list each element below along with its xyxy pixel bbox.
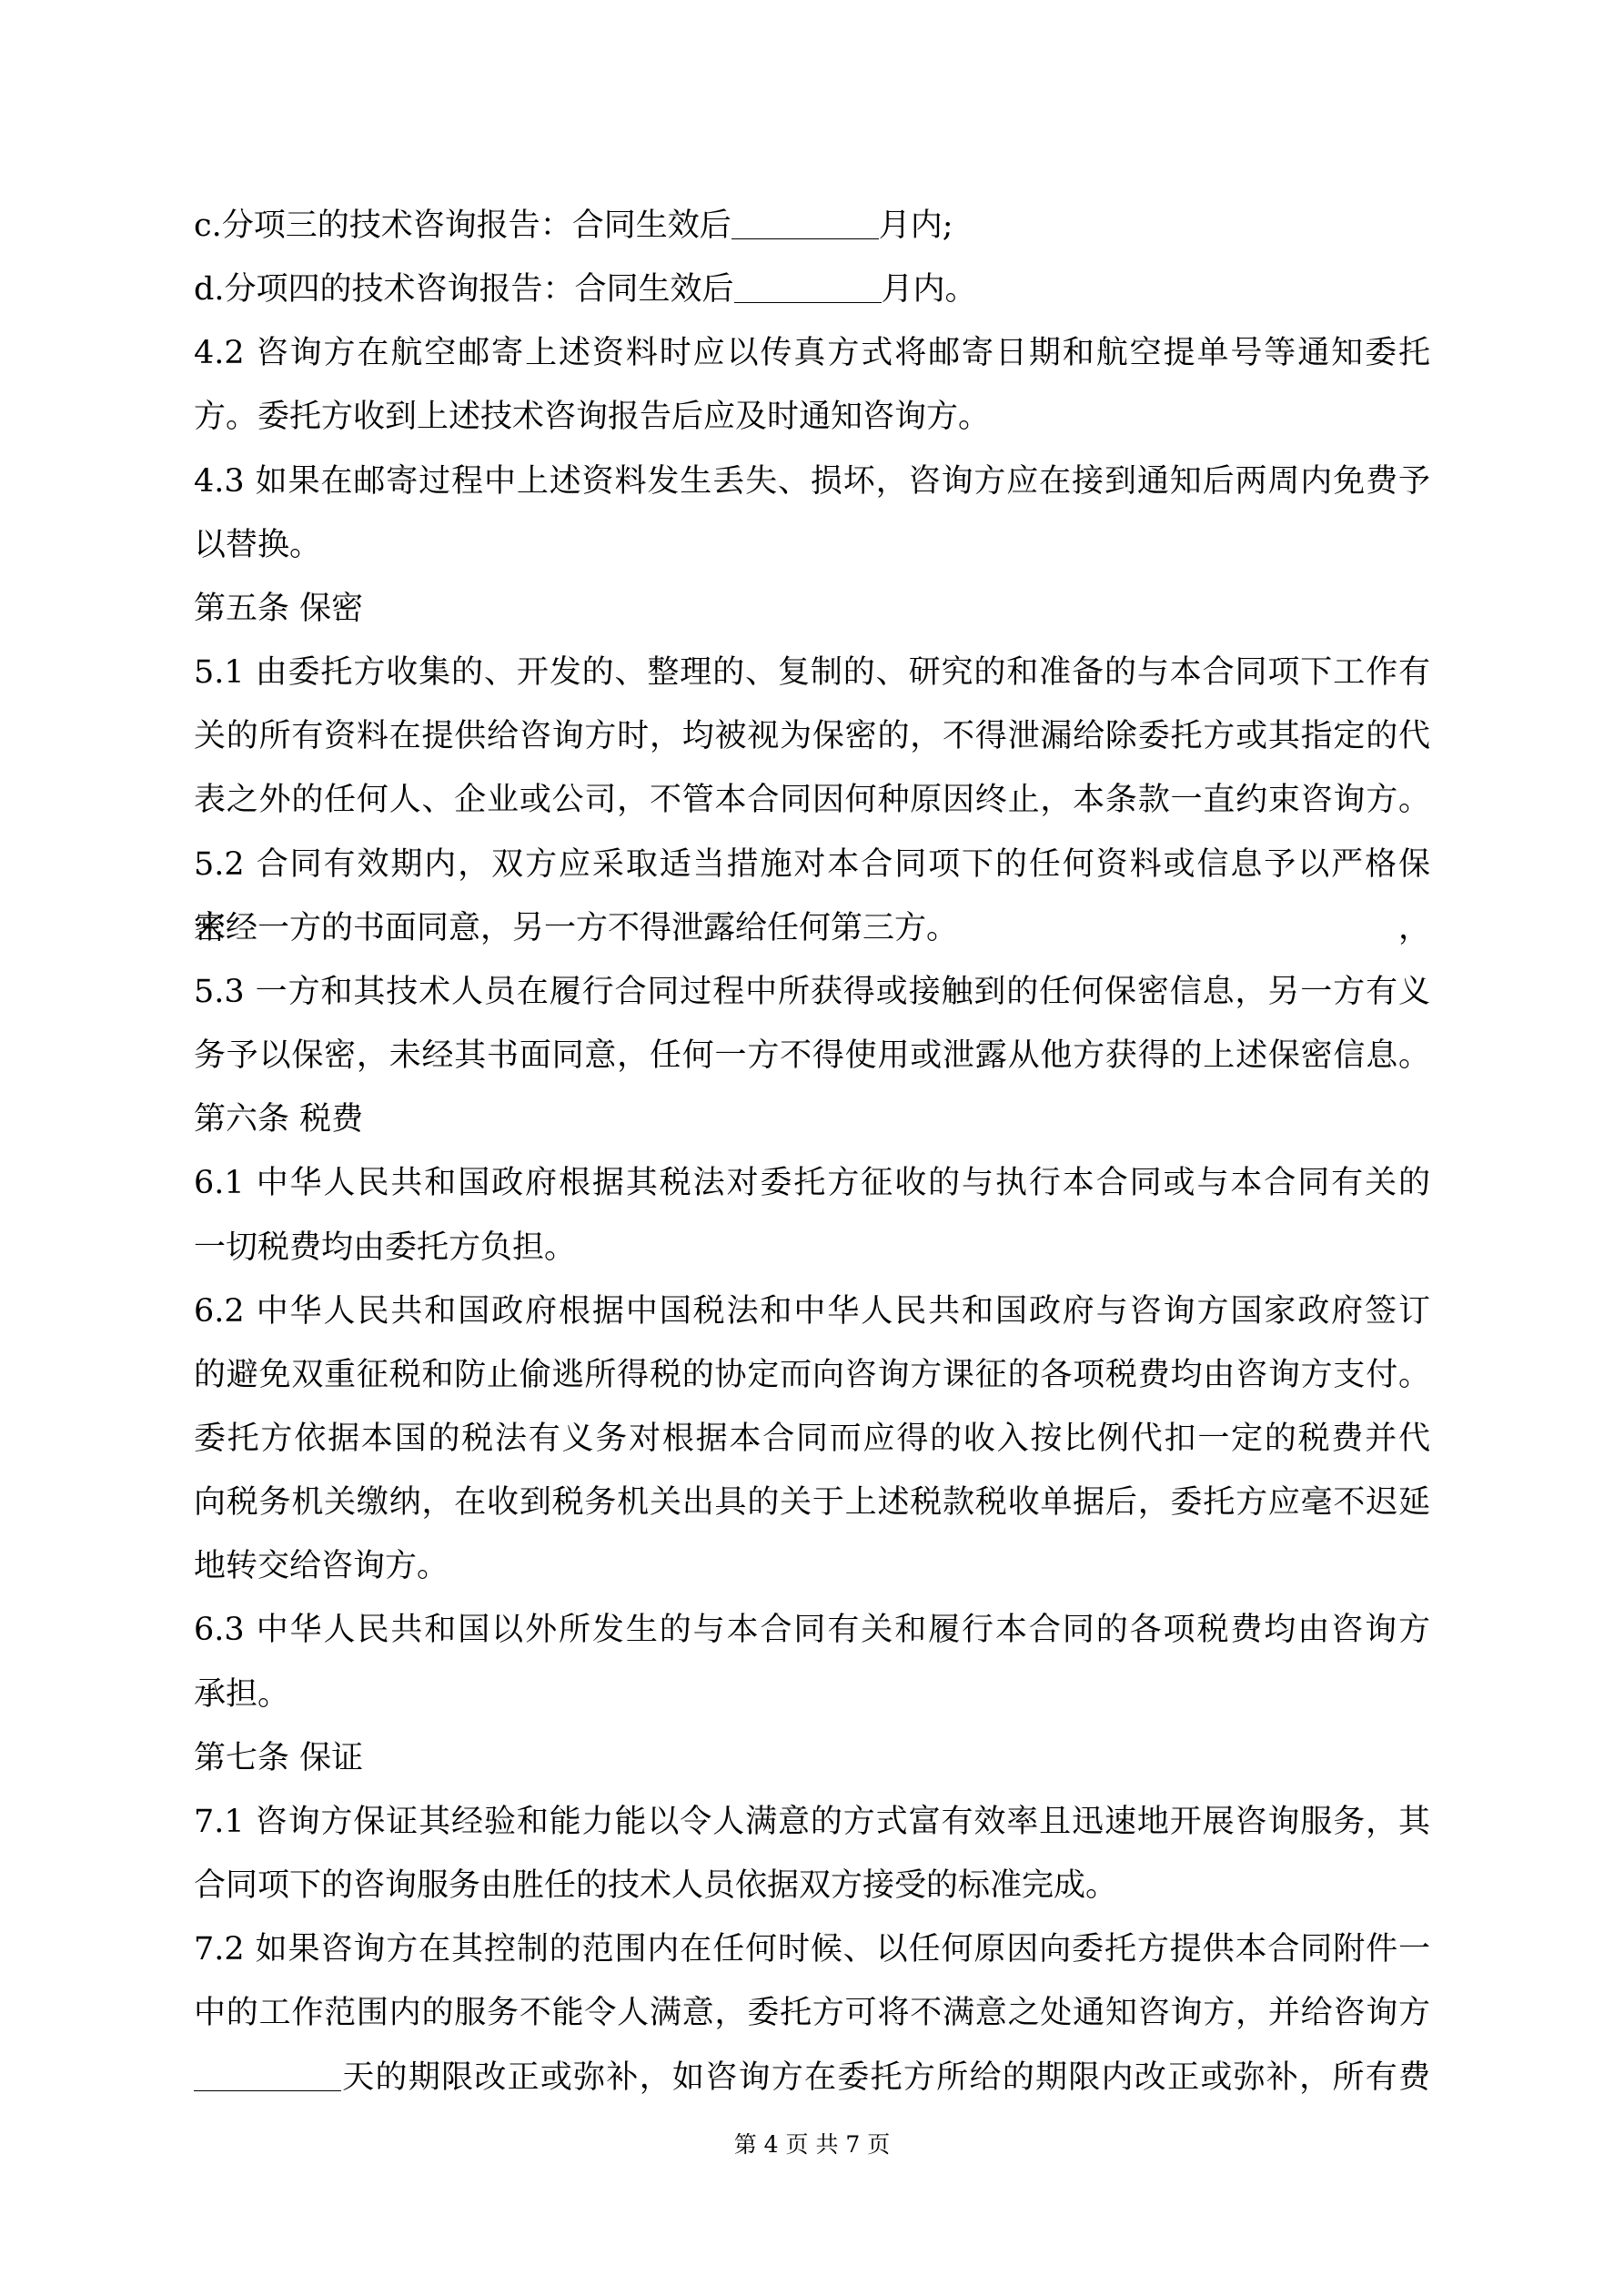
text-line: 关的所有资料在提供给咨询方时，均被视为保密的，不得泄漏给除委托方或其指定的代 — [194, 704, 1430, 768]
text-line: _________天的期限改正或弥补，如咨询方在委托方所给的期限内改正或弥补，所… — [194, 2046, 1430, 2109]
text-line: 方。委托方收到上述技术咨询报告后应及时通知咨询方。 — [194, 385, 1430, 449]
clause-6-1: 6.1 中华人民共和国政府根据其税法对委托方征收的与执行本合同或与本合同有关的 … — [194, 1151, 1430, 1279]
document-body: c.分项三的技术咨询报告：合同生效后_________月内; d.分项四的技术咨… — [194, 194, 1430, 2109]
text-line: 4.3 如果在邮寄过程中上述资料发生丢失、损坏，咨询方应在接到通知后两周内免费予 — [194, 450, 1430, 513]
text-line: 7.2 如果咨询方在其控制的范围内在任何时候、以任何原因向委托方提供本合同附件一 — [194, 1917, 1430, 1981]
fill-in-blank-days: _________ — [194, 2059, 341, 2091]
clause-4-1-item-d: d.分项四的技术咨询报告：合同生效后_________月内。 — [194, 258, 1430, 321]
text-line: 5.2 合同有效期内，双方应采取适当措施对本合同项下的任何资料或信息予以严格保密… — [194, 833, 1430, 896]
clause-text: 月内。 — [882, 271, 977, 308]
text-line: 委托方依据本国的税法有义务对根据本合同而应得的收入按比例代扣一定的税费并代 — [194, 1407, 1430, 1471]
clause-5-1: 5.1 由委托方收集的、开发的、整理的、复制的、研究的和准备的与本合同项下工作有… — [194, 641, 1430, 832]
text-line: 6.3 中华人民共和国以外所发生的与本合同有关和履行本合同的各项税费均由咨询方 — [194, 1598, 1430, 1662]
text-line: 以替换。 — [194, 513, 1430, 577]
clause-5-2: 5.2 合同有效期内，双方应采取适当措施对本合同项下的任何资料或信息予以严格保密… — [194, 833, 1430, 960]
article-5-heading: 第五条 保密 — [194, 577, 1430, 641]
clause-7-1: 7.1 咨询方保证其经验和能力能以令人满意的方式富有效率且迅速地开展咨询服务，其… — [194, 1790, 1430, 1917]
text-line: 承担。 — [194, 1663, 1430, 1726]
clause-4-3: 4.3 如果在邮寄过程中上述资料发生丢失、损坏，咨询方应在接到通知后两周内免费予… — [194, 450, 1430, 577]
text-line: 7.1 咨询方保证其经验和能力能以令人满意的方式富有效率且迅速地开展咨询服务，其 — [194, 1790, 1430, 1854]
fill-in-blank-months: _________ — [731, 207, 879, 239]
clause-text: c.分项三的技术咨询报告：合同生效后 — [194, 207, 731, 244]
clause-6-3: 6.3 中华人民共和国以外所发生的与本合同有关和履行本合同的各项税费均由咨询方 … — [194, 1598, 1430, 1725]
clause-text: 月内; — [879, 207, 953, 244]
clause-6-2: 6.2 中华人民共和国政府根据中国税法和中华人民共和国政府与咨询方国家政府签订 … — [194, 1279, 1430, 1599]
text-line: 6.1 中华人民共和国政府根据其税法对委托方征收的与执行本合同或与本合同有关的 — [194, 1151, 1430, 1215]
article-7-heading: 第七条 保证 — [194, 1726, 1430, 1790]
fill-in-blank-months: _________ — [734, 271, 882, 303]
text-line: 的避免双重征税和防止偷逃所得税的协定而向咨询方课征的各项税费均由咨询方支付。 — [194, 1343, 1430, 1407]
text-line: 务予以保密，未经其书面同意，任何一方不得使用或泄露从他方获得的上述保密信息。 — [194, 1024, 1430, 1087]
text-line: 一切税费均由委托方负担。 — [194, 1216, 1430, 1279]
page-number-footer: 第 4 页 共 7 页 — [0, 2130, 1624, 2159]
text-line: 向税务机关缴纳，在收到税务机关出具的关于上述税款税收单据后，委托方应毫不迟延 — [194, 1471, 1430, 1534]
text-line: 5.3 一方和其技术人员在履行合同过程中所获得或接触到的任何保密信息，另一方有义 — [194, 960, 1430, 1024]
text-line: 中的工作范围内的服务不能令人满意，委托方可将不满意之处通知咨询方，并给咨询方 — [194, 1981, 1430, 2045]
text-line: 表之外的任何人、企业或公司，不管本合同因何种原因终止，本条款一直约束咨询方。 — [194, 768, 1430, 832]
clause-4-2: 4.2 咨询方在航空邮寄上述资料时应以传真方式将邮寄日期和航空提单号等通知委托 … — [194, 321, 1430, 449]
text-line: 合同项下的咨询服务由胜任的技术人员依据双方接受的标准完成。 — [194, 1854, 1430, 1917]
text-line: 4.2 咨询方在航空邮寄上述资料时应以传真方式将邮寄日期和航空提单号等通知委托 — [194, 321, 1430, 385]
clause-5-3: 5.3 一方和其技术人员在履行合同过程中所获得或接触到的任何保密信息，另一方有义… — [194, 960, 1430, 1087]
article-6-heading: 第六条 税费 — [194, 1087, 1430, 1151]
text-line: 5.1 由委托方收集的、开发的、整理的、复制的、研究的和准备的与本合同项下工作有 — [194, 641, 1430, 704]
clause-7-2: 7.2 如果咨询方在其控制的范围内在任何时候、以任何原因向委托方提供本合同附件一… — [194, 1917, 1430, 2109]
clause-text: d.分项四的技术咨询报告：合同生效后 — [194, 271, 734, 308]
clause-4-1-item-c: c.分项三的技术咨询报告：合同生效后_________月内; — [194, 194, 1430, 258]
text-line: 地转交给咨询方。 — [194, 1534, 1430, 1598]
text-line: 6.2 中华人民共和国政府根据中国税法和中华人民共和国政府与咨询方国家政府签订 — [194, 1279, 1430, 1343]
clause-text: 天的期限改正或弥补，如咨询方在委托方所给的期限内改正或弥补，所有费 — [341, 2059, 1430, 2096]
